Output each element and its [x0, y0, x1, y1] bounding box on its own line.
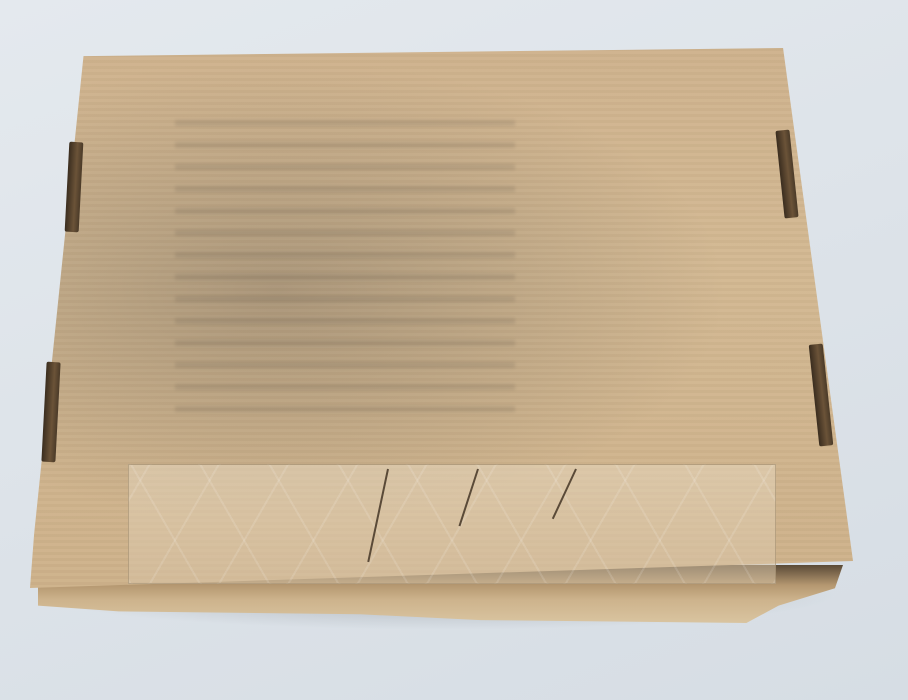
tape-crack [367, 469, 389, 562]
tape-crack [552, 469, 577, 520]
faded-printing [175, 120, 515, 420]
tape-crack [459, 469, 479, 527]
photo-scene [0, 0, 908, 700]
packing-tape [128, 464, 776, 584]
